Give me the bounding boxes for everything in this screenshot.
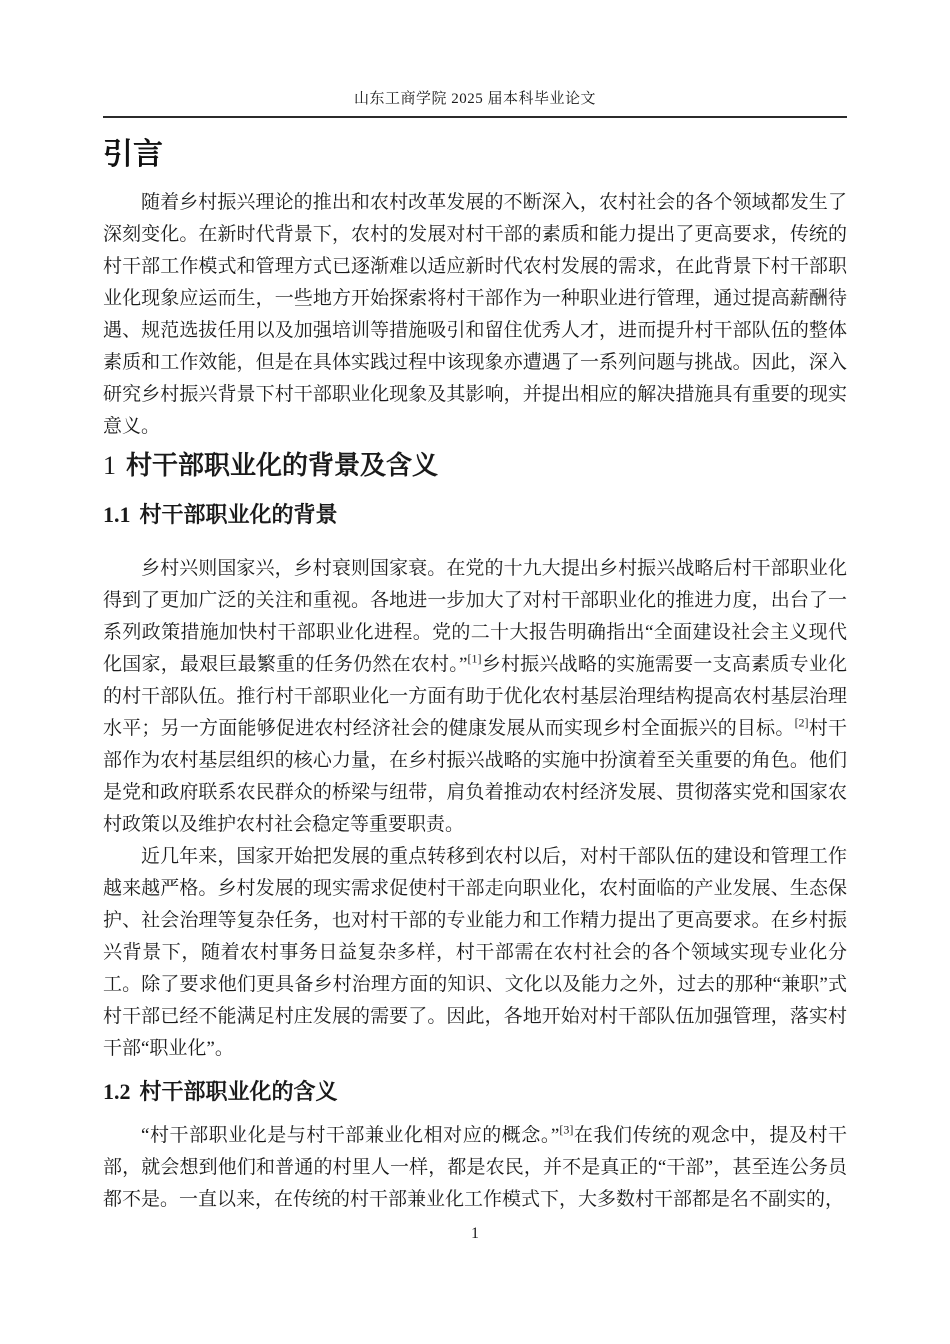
section-1-heading: 1村干部职业化的背景及含义 bbox=[103, 449, 847, 482]
footnote-ref-1: [1] bbox=[467, 652, 481, 666]
footnote-ref-3: [3] bbox=[559, 1123, 573, 1137]
section-1-2-paragraph-1: “村干部职业化是与村干部兼业化相对应的概念。”[3]在我们传统的观念中，提及村干… bbox=[103, 1120, 847, 1216]
running-header-title: 山东工商学院 2025 届本科毕业论文 bbox=[354, 91, 596, 107]
paragraph-text: “村干部职业化是与村干部兼业化相对应的概念。” bbox=[141, 1125, 559, 1146]
section-1-number: 1 bbox=[103, 451, 116, 480]
thesis-page: 山东工商学院 2025 届本科毕业论文 引言 随着乡村振兴理论的推出和农村改革发… bbox=[0, 0, 950, 1344]
intro-paragraph: 随着乡村振兴理论的推出和农村改革发展的不断深入，农村社会的各个领域都发生了深刻变… bbox=[103, 187, 847, 443]
section-1-1-number: 1.1 bbox=[103, 502, 131, 527]
page-content: 山东工商学院 2025 届本科毕业论文 引言 随着乡村振兴理论的推出和农村改革发… bbox=[103, 0, 847, 1216]
section-1-2-number: 1.2 bbox=[103, 1079, 131, 1104]
section-1-1-title: 村干部职业化的背景 bbox=[140, 502, 338, 527]
section-1-1-paragraph-2: 近几年来，国家开始把发展的重点转移到农村以后，对村干部队伍的建设和管理工作越来越… bbox=[103, 841, 847, 1065]
footnote-ref-2: [2] bbox=[795, 716, 809, 730]
intro-heading: 引言 bbox=[103, 139, 847, 171]
page-footer: 1 bbox=[0, 1224, 950, 1244]
section-1-2-title: 村干部职业化的含义 bbox=[140, 1079, 338, 1104]
section-1-title: 村干部职业化的背景及含义 bbox=[126, 450, 438, 480]
running-header: 山东工商学院 2025 届本科毕业论文 bbox=[103, 0, 847, 118]
section-1-1-heading: 1.1村干部职业化的背景 bbox=[103, 500, 847, 530]
page-number: 1 bbox=[471, 1225, 479, 1242]
section-1-1-paragraph-1: 乡村兴则国家兴，乡村衰则国家衰。在党的十九大提出乡村振兴战略后村干部职业化得到了… bbox=[103, 553, 847, 841]
section-1-2-heading: 1.2村干部职业化的含义 bbox=[103, 1077, 847, 1107]
